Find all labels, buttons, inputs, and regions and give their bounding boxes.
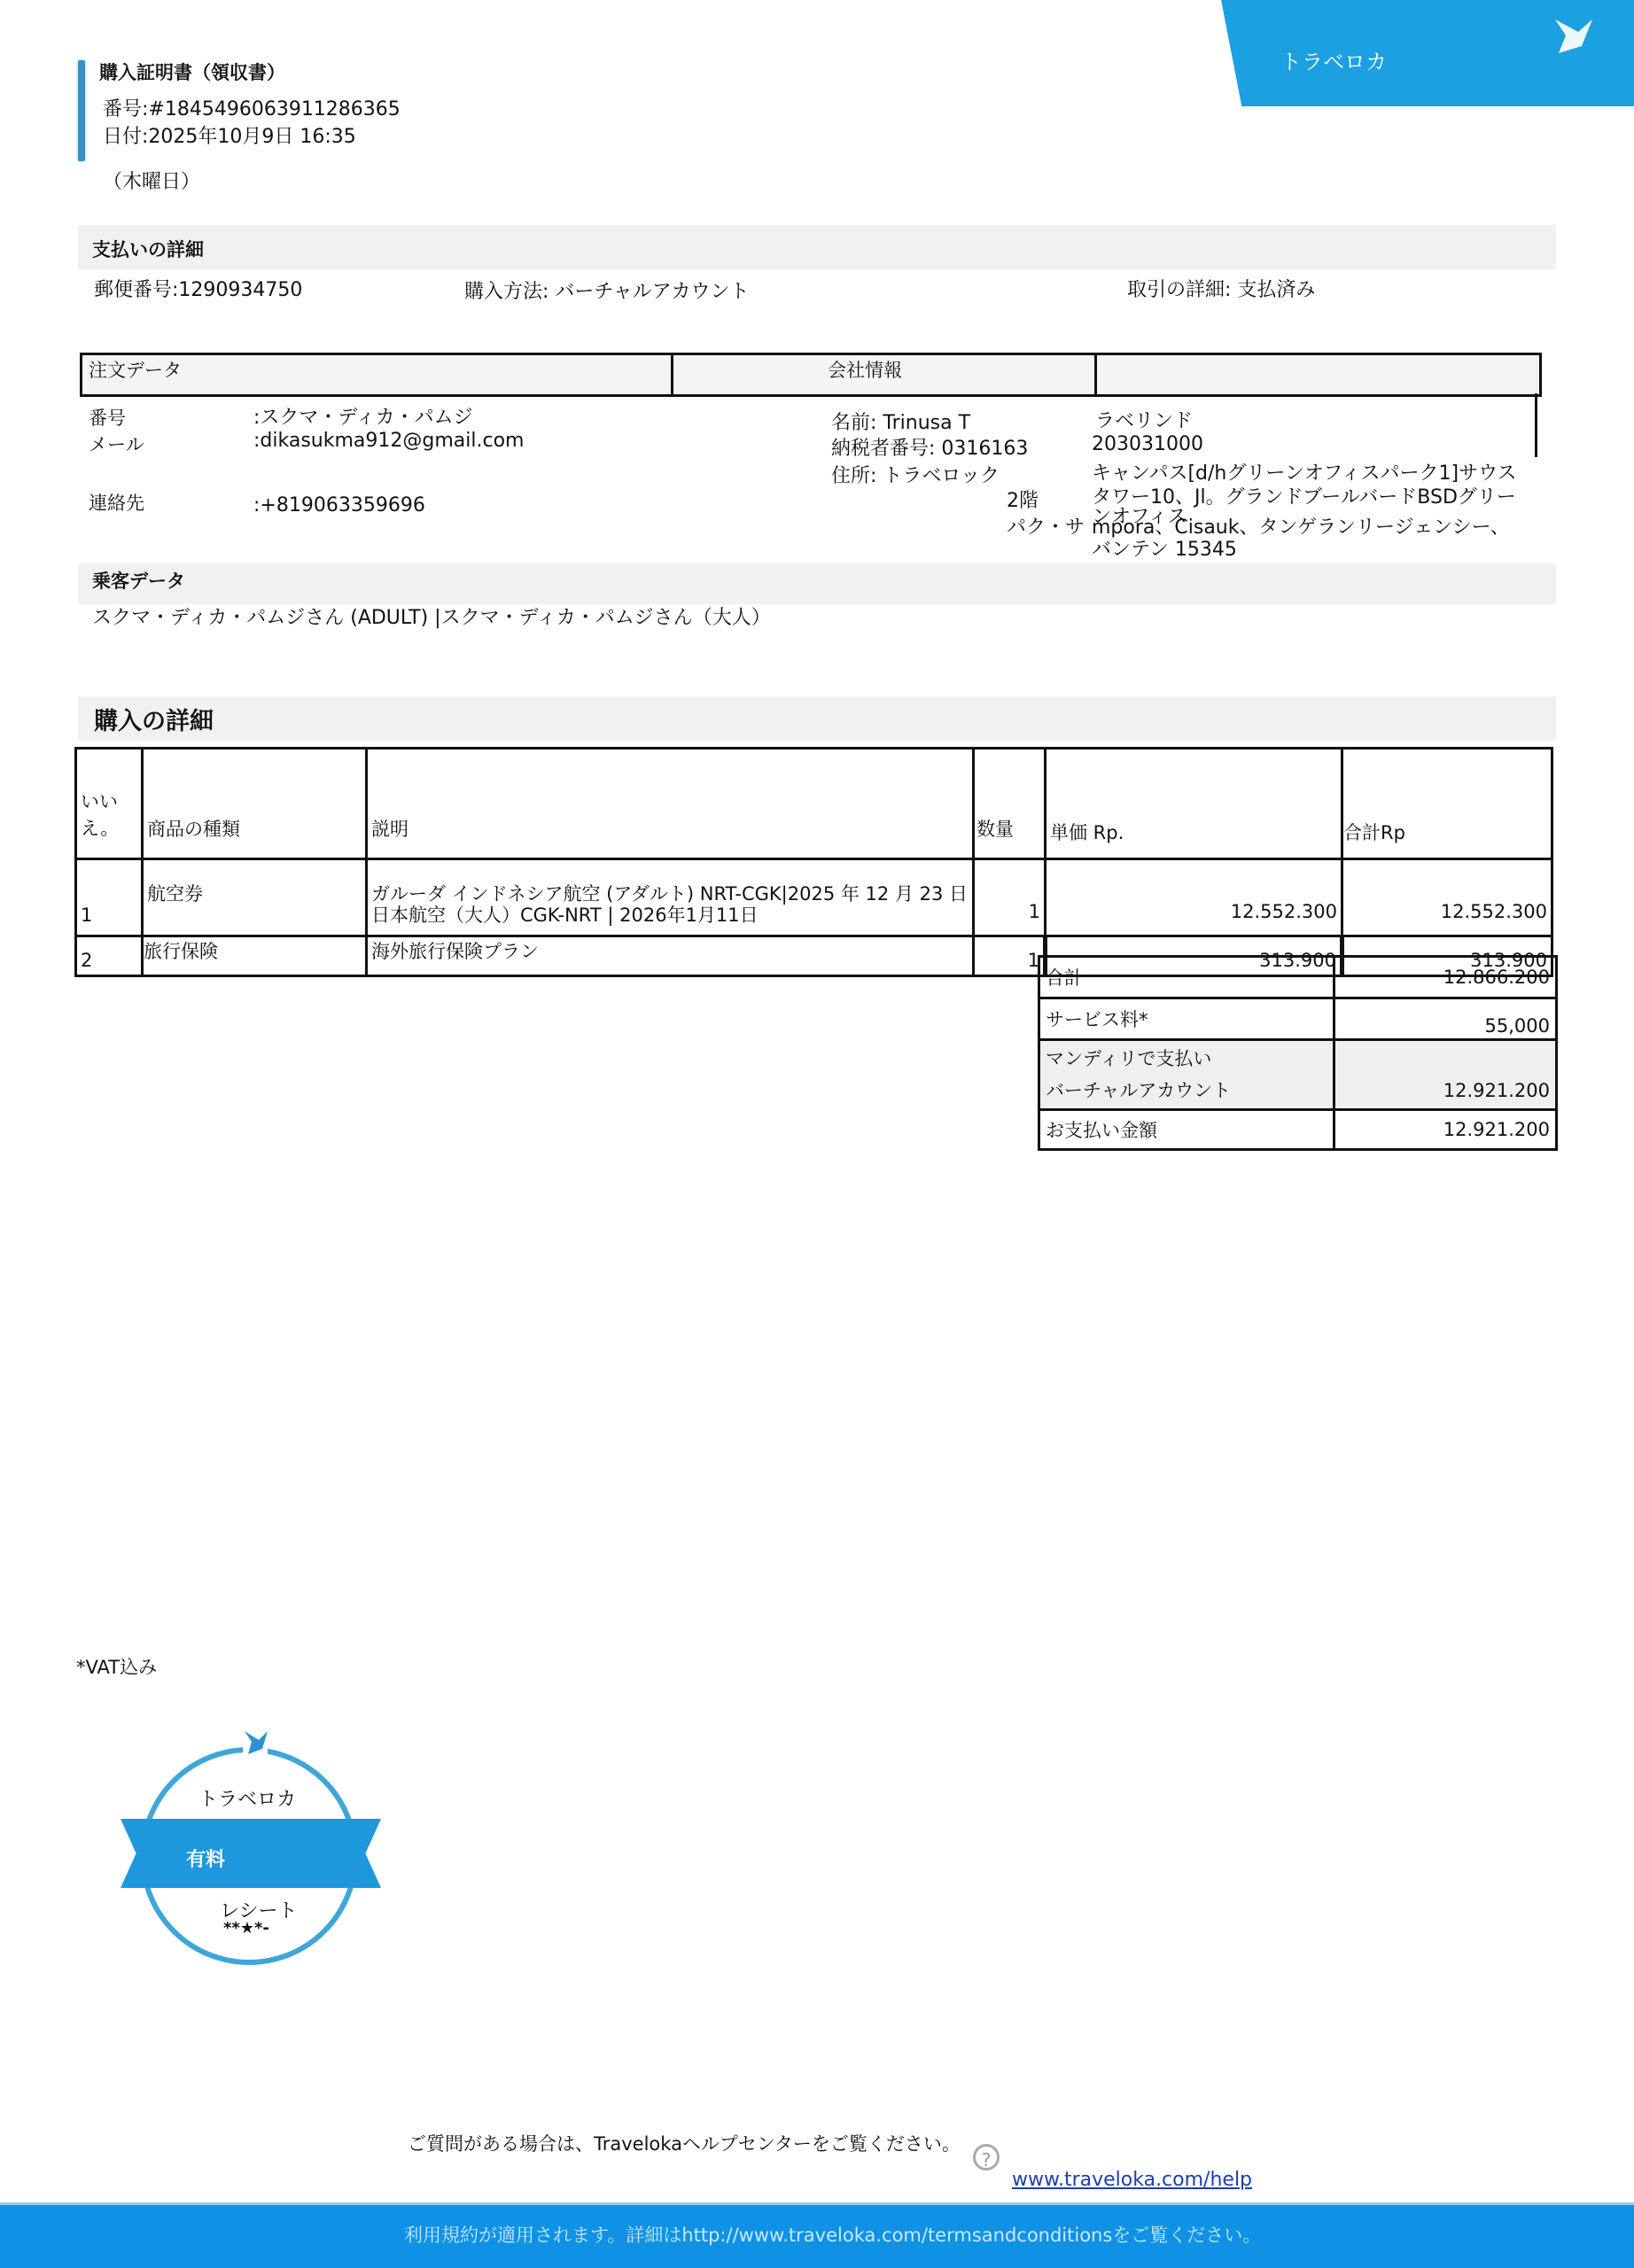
divider: [1535, 393, 1537, 457]
passenger-section-title: 乗客データ: [92, 567, 185, 594]
paid-stamp-banner: [121, 1819, 381, 1888]
item-description-line: ガルーダ インドネシア航空 (アダルト) NRT-CGK|2025 年 12 月…: [371, 883, 969, 905]
service-fee-label: サービス料*: [1039, 998, 1334, 1040]
help-question-icon: ?: [973, 2144, 1000, 2171]
totals-row: 合計 12.866.200: [1039, 957, 1557, 998]
postal-code: 郵便番号:1290934750: [94, 275, 302, 302]
amount-paid-value: 12.921.200: [1334, 1110, 1557, 1150]
item-total: 12.552.300: [1342, 859, 1552, 936]
company-address-park: パク・サ: [1007, 512, 1085, 540]
stamp-paid-text: 有料: [186, 1845, 225, 1872]
totals-row: お支払い金額 12.921.200: [1039, 1110, 1557, 1150]
column-header-unit-price: 単価 Rp.: [1046, 749, 1342, 859]
company-tax-label: 納税者番号: 0316163: [831, 433, 1028, 461]
totals-table: 合計 12.866.200 サービス料* 55,000 マンディリで支払い バー…: [1038, 955, 1558, 1151]
column-header-quantity: 数量: [974, 749, 1046, 859]
payment-section-title: 支払いの詳細: [92, 236, 204, 262]
item-description: ガルーダ インドネシア航空 (アダルト) NRT-CGK|2025 年 12 月…: [367, 859, 974, 936]
company-address-label: 住所: トラベロック: [831, 461, 1000, 488]
order-email-value: :dikasukma912@gmail.com: [253, 430, 524, 452]
item-type: 航空券: [143, 859, 367, 936]
document-title: 購入証明書（領収書）: [99, 58, 285, 85]
column-header-total: 合計Rp: [1342, 749, 1552, 859]
order-number-label: 番号: [89, 404, 126, 431]
divider: [1094, 355, 1097, 394]
item-no: 2: [76, 936, 143, 976]
amount-paid-label: お支払い金額: [1039, 1110, 1334, 1150]
transaction-status: 取引の詳細: 支払済み: [1127, 275, 1315, 302]
purchase-section-header: [78, 696, 1556, 741]
purchase-method: 購入方法: バーチャルアカウント: [464, 276, 750, 304]
payment-channel-label: マンディリで支払い バーチャルアカウント: [1039, 1040, 1334, 1110]
stamp-brand-text: トラベロカ: [198, 1784, 296, 1812]
column-header-type: 商品の種類: [143, 749, 367, 859]
item-type: 旅行保険: [143, 936, 367, 976]
item-description: 海外旅行保険プラン: [367, 936, 974, 976]
item-quantity: 1: [974, 936, 1046, 976]
brand-name: トラベロカ: [1280, 44, 1387, 75]
help-text: ご質問がある場合は、Travelokaヘルプセンターをご覧ください。: [408, 2135, 992, 2154]
company-info-header: 会社情報: [828, 356, 902, 383]
order-email-label: メール: [89, 431, 144, 457]
totals-row: サービス料* 55,000: [1039, 998, 1557, 1040]
vat-note: *VAT込み: [76, 1653, 157, 1680]
column-header-description: 説明: [367, 749, 974, 859]
receipt-date: 日付:2025年10月9日 16:35: [103, 121, 356, 149]
payment-channel-line: マンディリで支払い: [1046, 1043, 1327, 1075]
order-contact-label: 連絡先: [89, 489, 144, 516]
item-description-line: 日本航空（大人）CGK-NRT | 2026年1月11日: [371, 905, 969, 926]
traveloka-bird-icon: [237, 1728, 273, 1758]
company-tax-value: 203031000: [1092, 433, 1203, 455]
divider: [671, 355, 673, 394]
totals-row: マンディリで支払い バーチャルアカウント 12.921.200: [1039, 1040, 1557, 1110]
item-no: 1: [76, 859, 143, 936]
item-unit-price: 12.552.300: [1046, 859, 1342, 936]
order-company-header: [80, 353, 1542, 397]
service-fee-value: 55,000: [1334, 998, 1557, 1040]
terms-text: 利用規約が適用されます。詳細はhttp://www.traveloka.com/…: [404, 2220, 1290, 2250]
order-contact-value: :+819063359696: [253, 494, 425, 517]
company-address-line: バンテン 15345: [1092, 534, 1237, 562]
company-name-label: 名前: Trinusa T: [831, 408, 970, 435]
payment-section-header: [78, 225, 1556, 269]
purchase-items-table: いいえ。 商品の種類 説明 数量 単価 Rp. 合計Rp 1 航空券 ガルーダ …: [74, 747, 1553, 977]
payment-channel-value: 12.921.200: [1334, 1040, 1557, 1110]
traveloka-bird-icon: [1546, 12, 1598, 64]
passenger-section-header: [78, 563, 1556, 604]
receipt-weekday: （木曜日）: [103, 167, 200, 194]
subtotal-label: 合計: [1039, 957, 1334, 998]
passenger-list: スクマ・ディカ・パムジさん (ADULT) |スクマ・ディカ・パムジさん（大人）: [92, 606, 783, 631]
table-row: 1 航空券 ガルーダ インドネシア航空 (アダルト) NRT-CGK|2025 …: [76, 859, 1552, 936]
subtotal-value: 12.866.200: [1334, 957, 1557, 998]
item-quantity: 1: [974, 859, 1046, 936]
order-number-value: :スクマ・ディカ・パムジ: [253, 402, 473, 430]
receipt-number: 番号:#1845496063911286365: [103, 94, 401, 121]
stamp-stars: **★*-: [223, 1919, 269, 1938]
help-center-link[interactable]: www.traveloka.com/help: [1012, 2169, 1252, 2191]
table-header-row: いいえ。 商品の種類 説明 数量 単価 Rp. 合計Rp: [76, 749, 1552, 859]
purchase-section-title: 購入の詳細: [94, 702, 214, 736]
payment-channel-line: バーチャルアカウント: [1046, 1075, 1327, 1107]
company-name-value: ラベリンド: [1095, 406, 1193, 433]
column-header-no: いいえ。: [76, 749, 143, 859]
company-address-floor: 2階: [1007, 485, 1039, 513]
order-data-header: 注文データ: [89, 356, 182, 383]
title-accent-bar: [78, 60, 85, 161]
